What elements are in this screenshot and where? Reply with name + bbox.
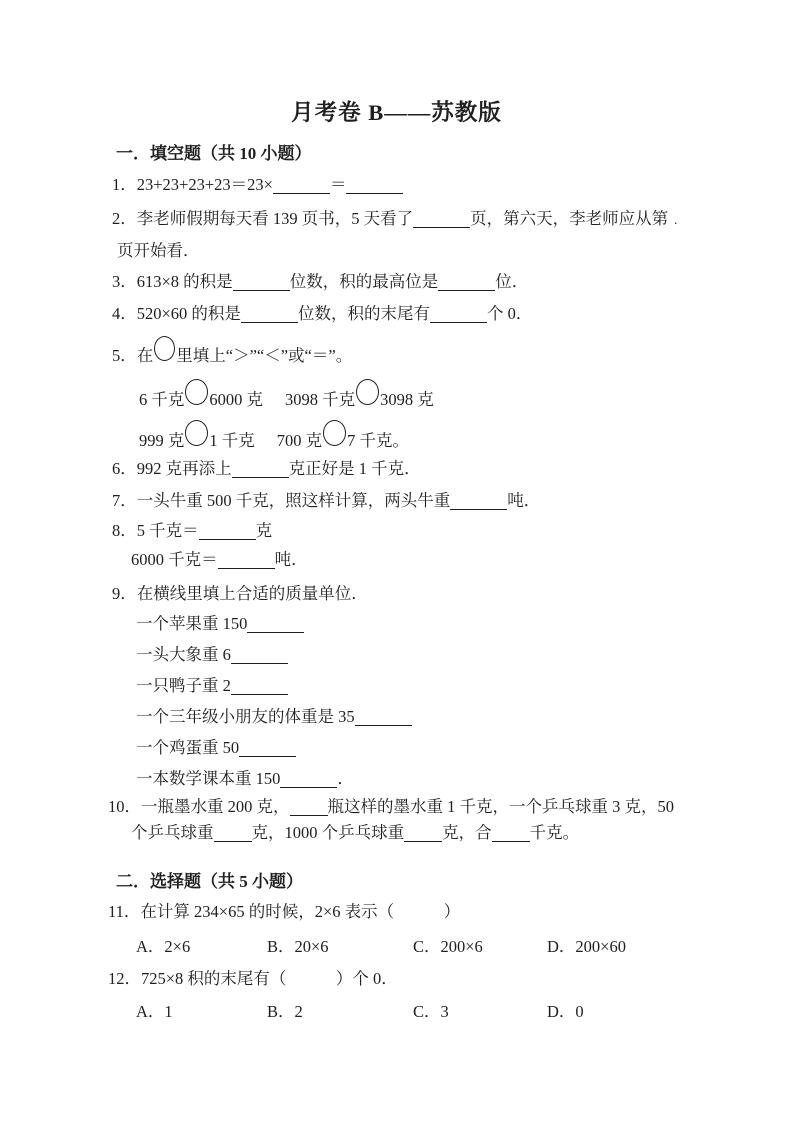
question-12-options: A．1 B．2 C．3 D．0 [136,1001,696,1023]
question-text: 克，合 [442,823,492,842]
option-c: C．200×6 [413,936,483,958]
question-number: 7． [112,491,137,510]
question-text: 位． [495,272,528,291]
blank-line [273,177,330,194]
question-3: 3．613×8 的积是位数，积的最高位是位． [112,271,528,293]
blank-line [231,647,288,664]
question-number: 9． [112,584,137,603]
question-text: 992 克再添上 [137,459,232,478]
compare-left: 999 克 [139,431,184,450]
item-text: 一本数学课本重 150 [136,769,280,788]
question-6: 6．992 克再添上克正好是 1 千克． [112,458,421,480]
question-5-row-2: 999 克1 千克700 克7 千克。 [139,420,409,452]
question-number: 8． [112,521,137,540]
question-8: 8．5 千克＝克 [112,520,272,542]
compare-left: 6 千克 [139,390,184,409]
question-number: 5． [112,346,137,365]
question-2: 2．李老师假期每天看 139 页书，5 天看了页，第六天，李老师应从第. [112,208,677,231]
option-d: D．200×60 [547,936,626,958]
question-number: 1． [112,175,137,194]
question-text: 吨． [275,550,308,569]
option-a: A．1 [136,1001,173,1023]
exam-paper-page: 月考卷 B——苏教版 一．填空题（共 10 小题） 1．23+23+23+23＝… [0,0,793,1122]
blank-line [239,740,296,757]
question-text: 吨． [507,491,540,510]
question-text: 23+23+23+23＝23× [137,175,273,194]
question-text: 6000 千克＝ [131,550,218,569]
option-b: B．2 [267,1001,303,1023]
question-text: 瓶这样的墨水重 1 千克，一个乒乓球重 3 克，50 [328,797,675,816]
compare-right: 1 千克 [209,431,254,450]
blank-line [218,552,275,569]
question-number: 3． [112,272,137,291]
question-1: 1．23+23+23+23＝23×＝ [112,174,403,196]
question-10-continuation: 个乒乓球重克，1000 个乒乓球重克，合千克。 [131,822,579,844]
question-text: 页开始看． [117,241,200,260]
question-9-item: 一只鸭子重 2 [136,675,288,697]
question-12: 12．725×8 积的末尾有（ ）个 0． [108,968,398,990]
question-text: 位数，积的最高位是 [290,272,439,291]
question-number: 4． [112,304,137,323]
compare-right: 6000 克 [209,390,263,409]
question-text: 个 0． [487,304,532,323]
blank-line [232,461,289,478]
question-9-item: 一个鸡蛋重 50 [136,737,296,759]
question-5-row-1: 6 千克6000 克3098 千克3098 克 [139,379,434,411]
option-b: B．20×6 [267,936,329,958]
question-11: 11．在计算 234×65 的时候，2×6 表示（ ） [108,901,460,923]
blank-line [241,306,298,323]
question-9-item: 一个三年级小朋友的体重是 35 [136,706,412,728]
question-number: 12． [108,969,141,988]
blank-line [199,523,256,540]
question-text: 里填上“＞”“＜”或“＝”。 [176,346,352,365]
blank-line [404,825,442,842]
question-text: 页，第六天，李老师应从第 [470,209,668,228]
blank-line [233,274,290,291]
blank-line [450,493,507,510]
question-9-item: 一头大象重 6 [136,644,288,666]
blank-line [231,678,288,695]
question-9-item: 一个苹果重 150 [136,613,304,635]
question-text: 一头牛重 500 千克，照这样计算，两头牛重 [137,491,451,510]
question-10: 10．一瓶墨水重 200 克，瓶这样的墨水重 1 千克，一个乒乓球重 3 克，5… [108,796,674,818]
question-text: 克，1000 个乒乓球重 [252,823,405,842]
item-text: ． [337,769,354,788]
question-text: 5 千克＝ [137,521,199,540]
blank-line [492,825,530,842]
compare-circle [356,379,379,405]
question-text: 千克。 [530,823,580,842]
question-text: 613×8 的积是 [137,272,233,291]
compare-left: 700 克 [277,431,322,450]
question-text: 个乒乓球重 [131,823,214,842]
question-text: 一瓶墨水重 200 克， [141,797,290,816]
item-text: 一个三年级小朋友的体重是 35 [136,707,355,726]
question-text: 520×60 的积是 [137,304,241,323]
item-text: 一只鸭子重 2 [136,676,231,695]
compare-right: 3098 克 [380,390,434,409]
question-text: 725×8 积的末尾有（ ）个 0． [141,969,398,988]
blank-line [247,616,304,633]
blank-line [280,771,337,788]
question-9: 9．在横线里填上合适的质量单位． [112,583,368,605]
compare-circle [154,336,175,361]
item-text: 一头大象重 6 [136,645,231,664]
section-heading-fill: 一．填空题（共 10 小题） [116,143,312,165]
item-text: 一个苹果重 150 [136,614,247,633]
blank-line [438,274,495,291]
blank-line [290,799,328,816]
stray-period: . [674,212,677,227]
option-a: A．2×6 [136,936,190,958]
blank-line [430,306,487,323]
question-7: 7．一头牛重 500 千克，照这样计算，两头牛重吨． [112,490,540,512]
item-text: 一个鸡蛋重 50 [136,738,239,757]
question-text: 克 [256,521,273,540]
question-9-item: 一本数学课本重 150． [136,768,354,790]
option-c: C．3 [413,1001,449,1023]
blank-line [214,825,252,842]
question-8-continuation: 6000 千克＝吨． [131,549,308,571]
blank-line [346,177,403,194]
question-4: 4．520×60 的积是位数，积的末尾有个 0． [112,303,532,325]
question-text: 李老师假期每天看 139 页书，5 天看了 [137,209,413,228]
question-number: 2． [112,209,137,228]
question-number: 11． [108,902,140,921]
question-5: 5．在里填上“＞”“＜”或“＝”。 [112,336,352,367]
page-title: 月考卷 B——苏教版 [0,99,793,127]
question-text: 在计算 234×65 的时候，2×6 表示（ ） [140,902,460,921]
question-text: 位数，积的末尾有 [298,304,430,323]
compare-circle [185,420,208,446]
question-text: ＝ [330,175,347,194]
compare-right: 7 千克。 [347,431,409,450]
question-text: 克正好是 1 千克． [289,459,421,478]
blank-line [413,211,470,228]
question-text: 在横线里填上合适的质量单位． [137,584,368,603]
compare-circle [323,420,346,446]
section-heading-choice: 二．选择题（共 5 小题） [116,871,303,893]
question-11-options: A．2×6 B．20×6 C．200×6 D．200×60 [136,936,696,958]
question-2-continuation: 页开始看． [117,240,200,262]
compare-circle [185,379,208,405]
compare-left: 3098 千克 [285,390,355,409]
question-number: 6． [112,459,137,478]
question-number: 10． [108,797,141,816]
blank-line [355,709,412,726]
question-text: 在 [137,346,154,365]
option-d: D．0 [547,1001,584,1023]
